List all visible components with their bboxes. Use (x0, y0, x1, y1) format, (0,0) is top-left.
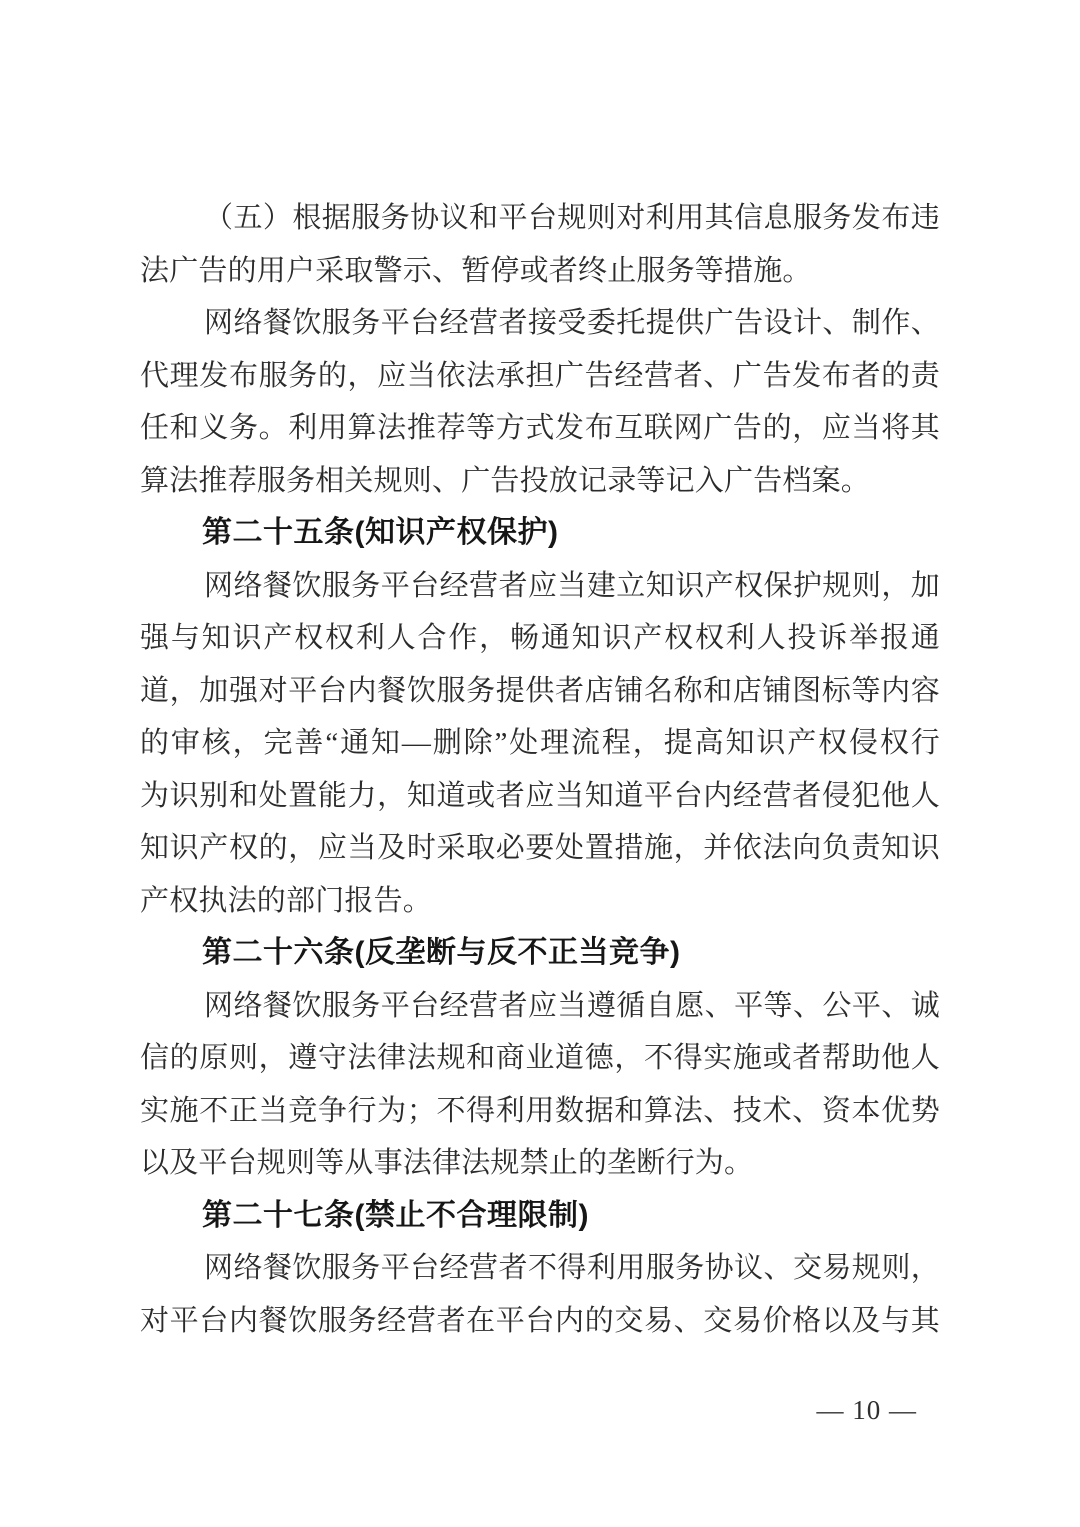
page-number: — 10 — (817, 1392, 918, 1428)
text-line: 网络餐饮服务平台经营者应当遵循自愿、平等、公平、诚 (140, 980, 940, 1033)
text-line: 强与知识产权权利人合作，畅通知识产权权利人投诉举报通 (140, 612, 940, 665)
text-line: 任和义务。利用算法推荐等方式发布互联网广告的，应当将其 (140, 402, 940, 455)
text-line: 网络餐饮服务平台经营者接受委托提供广告设计、制作、 (140, 297, 940, 350)
text-line: 网络餐饮服务平台经营者不得利用服务协议、交易规则， (140, 1242, 940, 1295)
text-line: 为识别和处置能力，知道或者应当知道平台内经营者侵犯他人 (140, 770, 940, 823)
text-line: 以及平台规则等从事法律法规禁止的垄断行为。 (140, 1137, 940, 1190)
text-line: （五）根据服务协议和平台规则对利用其信息服务发布违 (140, 192, 940, 245)
document-content: （五）根据服务协议和平台规则对利用其信息服务发布违 法广告的用户采取警示、暂停或… (140, 192, 940, 1347)
article-27-heading: 第二十七条(禁止不合理限制) (140, 1190, 940, 1243)
article-25-heading: 第二十五条(知识产权保护) (140, 507, 940, 560)
text-line: 信的原则，遵守法律法规和商业道德，不得实施或者帮助他人 (140, 1032, 940, 1085)
text-line: 算法推荐服务相关规则、广告投放记录等记入广告档案。 (140, 455, 940, 508)
text-line: 的审核，完善“通知—删除”处理流程，提高知识产权侵权行 (140, 717, 940, 770)
text-line: 对平台内餐饮服务经营者在平台内的交易、交易价格以及与其 (140, 1295, 940, 1348)
text-line: 知识产权的，应当及时采取必要处置措施，并依法向负责知识 (140, 822, 940, 875)
document-page: （五）根据服务协议和平台规则对利用其信息服务发布违 法广告的用户采取警示、暂停或… (0, 0, 1080, 1527)
text-line: 道，加强对平台内餐饮服务提供者店铺名称和店铺图标等内容 (140, 665, 940, 718)
text-line: 代理发布服务的，应当依法承担广告经营者、广告发布者的责 (140, 350, 940, 403)
text-line: 网络餐饮服务平台经营者应当建立知识产权保护规则，加 (140, 560, 940, 613)
text-line: 法广告的用户采取警示、暂停或者终止服务等措施。 (140, 245, 940, 298)
text-line: 实施不正当竞争行为；不得利用数据和算法、技术、资本优势 (140, 1085, 940, 1138)
text-line: 产权执法的部门报告。 (140, 875, 940, 928)
article-26-heading: 第二十六条(反垄断与反不正当竞争) (140, 927, 940, 980)
